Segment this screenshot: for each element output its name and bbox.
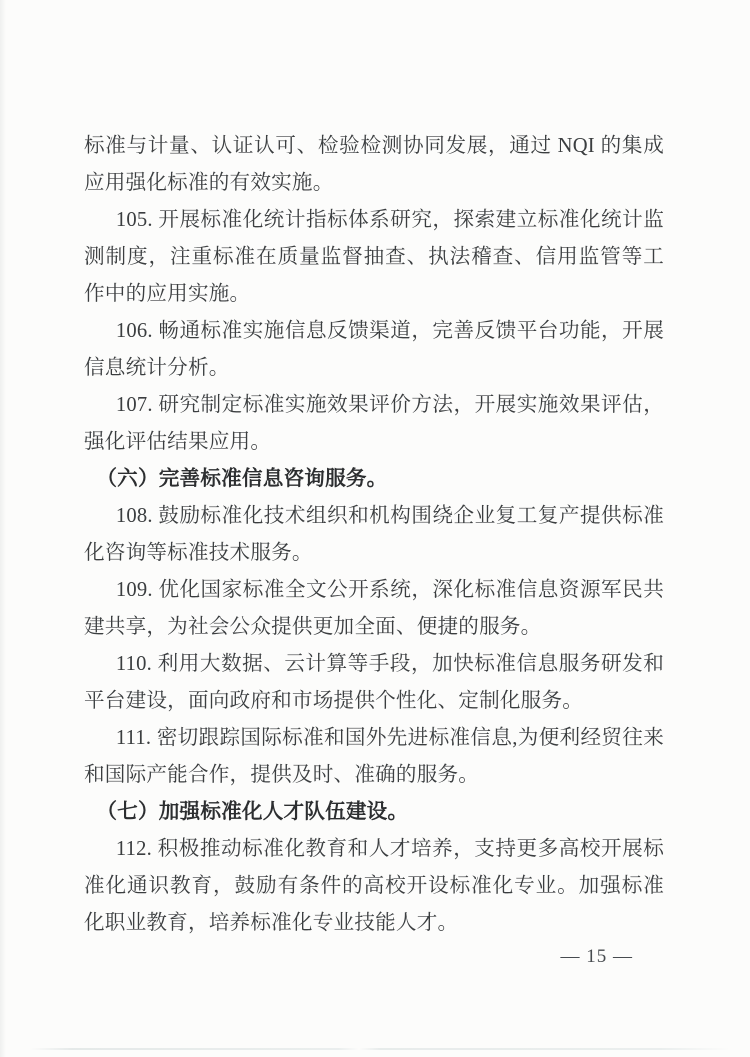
paragraph-item-108: 108. 鼓励标准化技术组织和机构围绕企业复工复产提供标准化咨询等标准技术服务。	[84, 498, 664, 572]
document-page: 标准与计量、认证认可、检验检测协同发展，通过 NQI 的集成应用强化标准的有效实…	[0, 0, 750, 1057]
paragraph-continuation: 标准与计量、认证认可、检验检测协同发展，通过 NQI 的集成应用强化标准的有效实…	[84, 128, 664, 202]
paragraph-item-109: 109. 优化国家标准全文公开系统，深化标准信息资源军民共建共享，为社会公众提供…	[84, 572, 664, 646]
page-number: — 15 —	[561, 944, 634, 970]
section-heading-6: （六）完善标准信息咨询服务。	[84, 461, 664, 498]
page-content: 标准与计量、认证认可、检验检测协同发展，通过 NQI 的集成应用强化标准的有效实…	[84, 128, 664, 942]
paragraph-item-111: 111. 密切跟踪国际标准和国外先进标准信息,为便利经贸往来和国际产能合作，提供…	[84, 720, 664, 794]
section-heading-7: （七）加强标准化人才队伍建设。	[84, 794, 664, 831]
paragraph-item-105: 105. 开展标准化统计指标体系研究，探索建立标准化统计监测制度，注重标准在质量…	[84, 202, 664, 313]
paragraph-item-106: 106. 畅通标准实施信息反馈渠道，完善反馈平台功能，开展信息统计分析。	[84, 313, 664, 387]
paragraph-item-110: 110. 利用大数据、云计算等手段，加快标准信息服务研发和平台建设，面向政府和市…	[84, 646, 664, 720]
paragraph-item-107: 107. 研究制定标准实施效果评价方法，开展实施效果评估，强化评估结果应用。	[84, 387, 664, 461]
scan-edge-artifact	[30, 1048, 730, 1050]
paragraph-item-112: 112. 积极推动标准化教育和人才培养，支持更多高校开展标准化通识教育，鼓励有条…	[84, 831, 664, 942]
